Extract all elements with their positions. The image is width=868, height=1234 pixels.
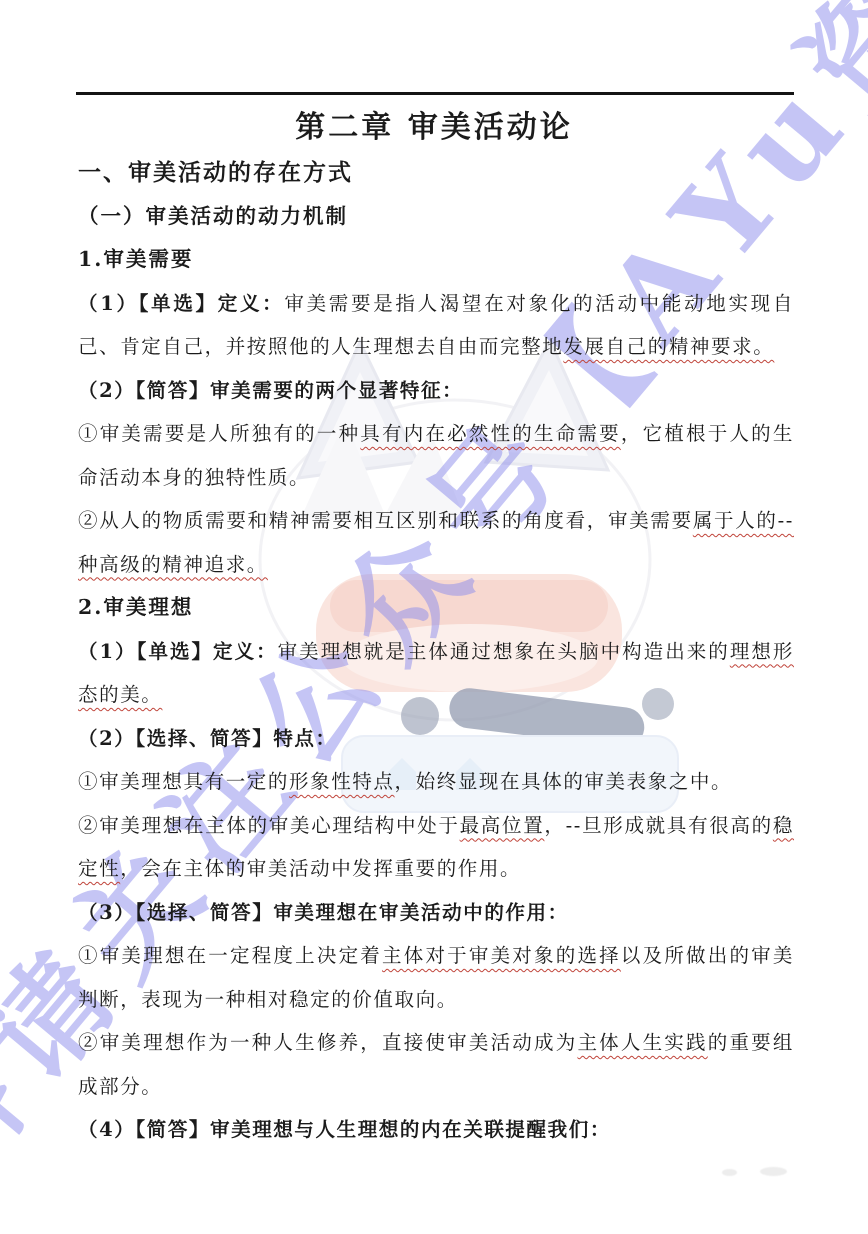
body-text: ，会在主体的审美活动中发挥重要的作用。 [120,857,521,880]
item-label: （1）【单选】定义： [78,292,284,315]
item-label: （1）【单选】定义： [78,640,278,663]
paragraph: （1）【单选】定义：审美理想就是主体通过想象在头脑中构造出来的理想形态的美。 [78,630,794,717]
document-page: 料请关注公众号【AYu资料号】 第二章 审美活动论 一、审美活动的存在方式（一）… [0,0,868,1234]
paragraph: （2）【简答】审美需要的两个显著特征： [78,369,794,413]
underlined-text: 主体人生实践 [577,1031,707,1054]
underlined-text: 最高位置 [460,814,545,837]
paragraph: （4）【简答】审美理想与人生理想的内在关联提醒我们： [78,1108,794,1152]
body-text: ①审美需要是人所独有的一种 [78,422,360,445]
heading-level-2: （一）审美活动的动力机制 [78,195,794,239]
item-label: （4）【简答】审美理想与人生理想的内在关联提醒我们： [78,1118,611,1141]
item-label: （2）【选择、简答】特点： [78,727,337,750]
underlined-text: 主体对于审美对象的选择 [382,944,621,967]
underlined-text: 具有内在必然性的生命需要 [360,422,621,445]
document-body: 一、审美活动的存在方式（一）审美活动的动力机制1.审美需要（1）【单选】定义：审… [78,151,794,1152]
paragraph: ①审美需要是人所独有的一种具有内在必然性的生命需要，它植根于人的生命活动本身的独… [78,412,794,499]
body-text: ①审美理想具有一定的 [78,770,289,793]
paragraph: ①审美理想具有一定的形象性特点，始终显现在具体的审美表象之中。 [78,760,794,804]
paragraph: （1）【单选】定义：审美需要是指人渴望在对象化的活动中能动地实现自己、肯定自己，… [78,282,794,369]
paragraph: ②审美理想在主体的审美心理结构中处于最高位置，--旦形成就具有很高的稳定性，会在… [78,804,794,891]
header-rule [76,92,794,95]
body-text: ②审美理想作为一种人生修养，直接使审美活动成为 [78,1031,577,1054]
item-label: （3）【选择、简答】审美理想在审美活动中的作用： [78,901,569,924]
chapter-title: 第二章 审美活动论 [0,102,868,146]
heading-level-3: 1.审美需要 [78,238,794,282]
item-label: （2）【简答】审美需要的两个显著特征： [78,379,463,402]
body-text: ，始终显现在具体的审美表象之中。 [395,770,733,793]
ink-smudge [722,1169,737,1176]
heading-level-3: 2.审美理想 [78,586,794,630]
body-text: 审美理想就是主体通过想象在头脑中构造出来的 [278,640,730,663]
paragraph: ②从人的物质需要和精神需要相互区别和联系的角度看，审美需要属于人的--种高级的精… [78,499,794,586]
body-text: ，--旦形成就具有很高的 [544,814,772,837]
ink-smudge [760,1167,787,1176]
body-text: ①审美理想在一定程度上决定着 [78,944,382,967]
body-text: ②从人的物质需要和精神需要相互区别和联系的角度看，审美需要 [78,509,693,532]
paragraph: ②审美理想作为一种人生修养，直接使审美活动成为主体人生实践的重要组成部分。 [78,1021,794,1108]
underlined-text: 形象性特点 [289,770,395,793]
underlined-text: 发展自己的精神要求。 [563,335,774,358]
paragraph: ①审美理想在一定程度上决定着主体对于审美对象的选择以及所做出的审美判断，表现为一… [78,934,794,1021]
paragraph: （2）【选择、简答】特点： [78,717,794,761]
heading-level-1: 一、审美活动的存在方式 [78,151,794,195]
paragraph: （3）【选择、简答】审美理想在审美活动中的作用： [78,891,794,935]
body-text: ②审美理想在主体的审美心理结构中处于 [78,814,460,837]
